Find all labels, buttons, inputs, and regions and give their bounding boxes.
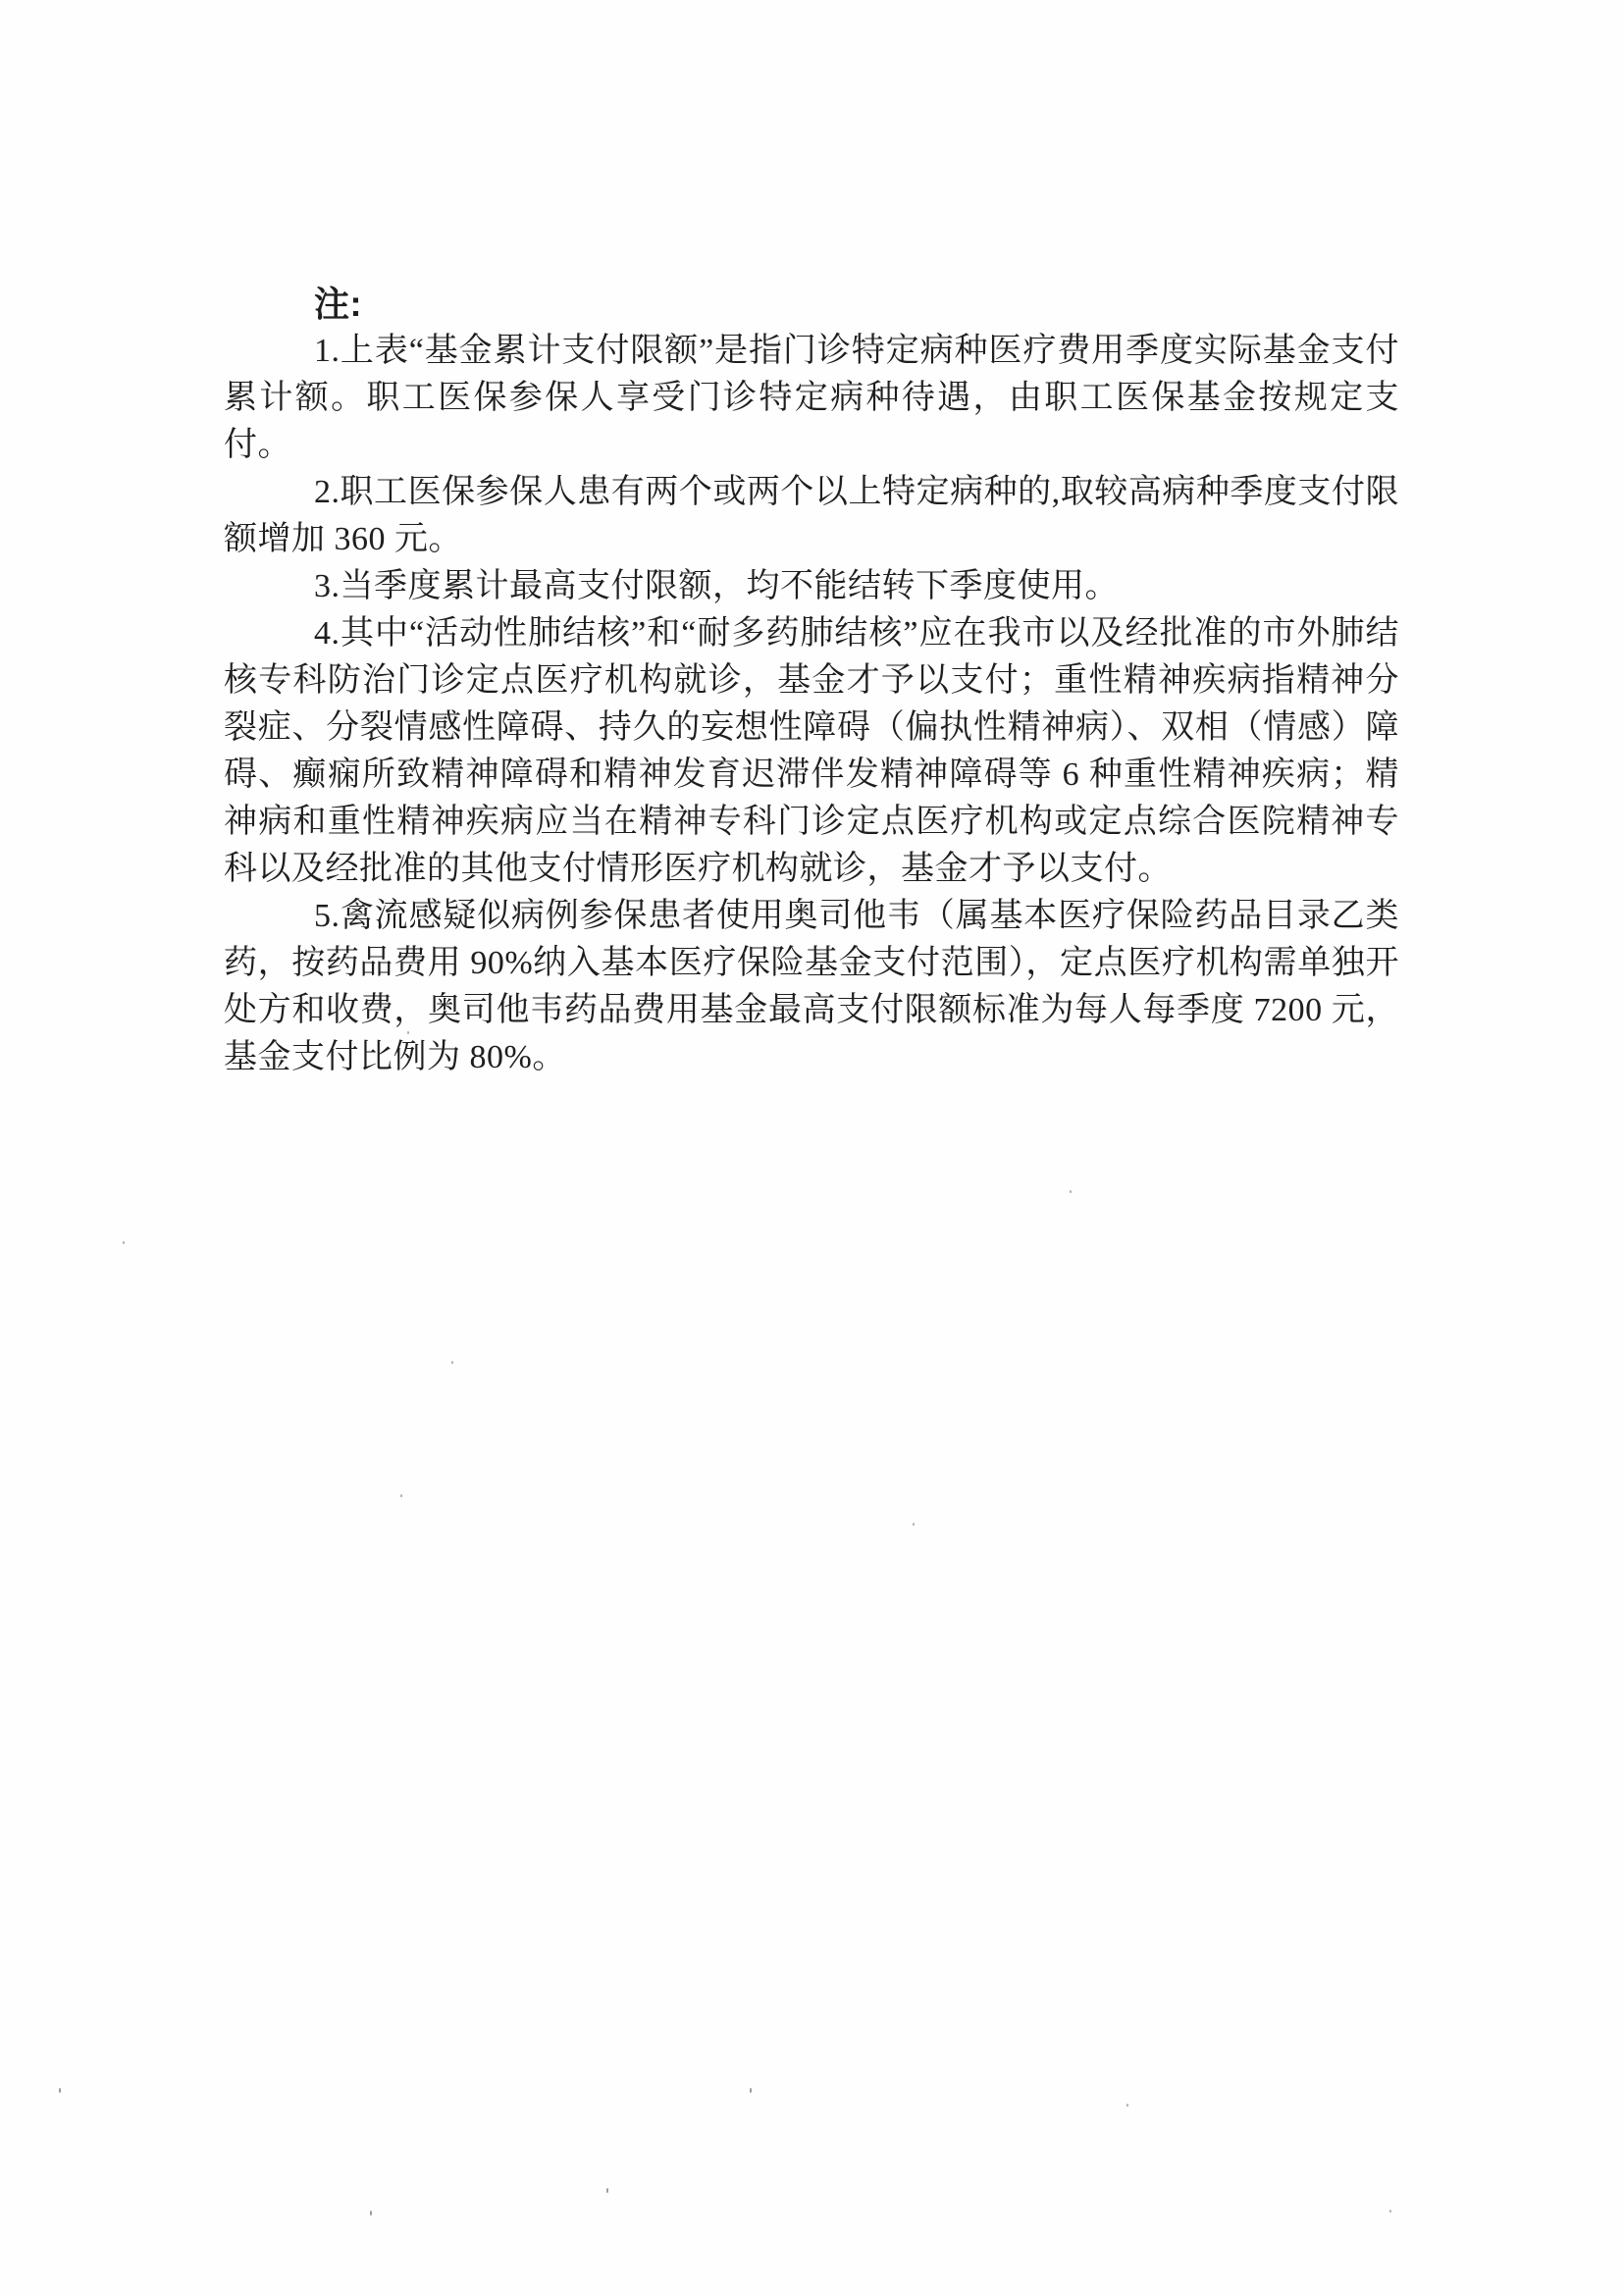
scan-speckle (606, 2188, 608, 2193)
scan-speckle (913, 1523, 915, 1526)
note-paragraph: 1.上表“基金累计支付限额”是指门诊特定病种医疗费用季度实际基金支付累计额。职工… (224, 328, 1399, 469)
scan-speckle (123, 1241, 125, 1244)
scan-speckle (750, 2088, 752, 2093)
scan-speckle (407, 1031, 409, 1034)
note-paragraph: 4.其中“活动性肺结核”和“耐多药肺结核”应在我市以及经批准的市外肺结核专科防治… (224, 610, 1399, 893)
note-paragraphs: 1.上表“基金累计支付限额”是指门诊特定病种医疗费用季度实际基金支付累计额。职工… (224, 328, 1399, 1081)
note-paragraph: 5.禽流感疑似病例参保患者使用奥司他韦（属基本医疗保险药品目录乙类药，按药品费用… (224, 893, 1399, 1081)
scan-speckle (370, 2211, 372, 2216)
scan-speckle (1389, 2210, 1391, 2213)
note-paragraph: 3.当季度累计最高支付限额，均不能结转下季度使用。 (224, 563, 1399, 610)
scan-speckle (1126, 2104, 1128, 2107)
notes-section: 注: 1.上表“基金累计支付限额”是指门诊特定病种医疗费用季度实际基金支付累计额… (224, 281, 1399, 1081)
scan-speckle (1070, 1190, 1072, 1193)
scan-speckle (59, 2088, 61, 2093)
document-page: 注: 1.上表“基金累计支付限额”是指门诊特定病种医疗费用季度实际基金支付累计额… (0, 0, 1623, 2296)
note-paragraph: 2.职工医保参保人患有两个或两个以上特定病种的,取较高病种季度支付限额增加 36… (224, 469, 1399, 563)
notes-heading: 注: (314, 281, 1399, 328)
scan-speckle (451, 1361, 453, 1364)
scan-speckle (400, 1494, 402, 1497)
